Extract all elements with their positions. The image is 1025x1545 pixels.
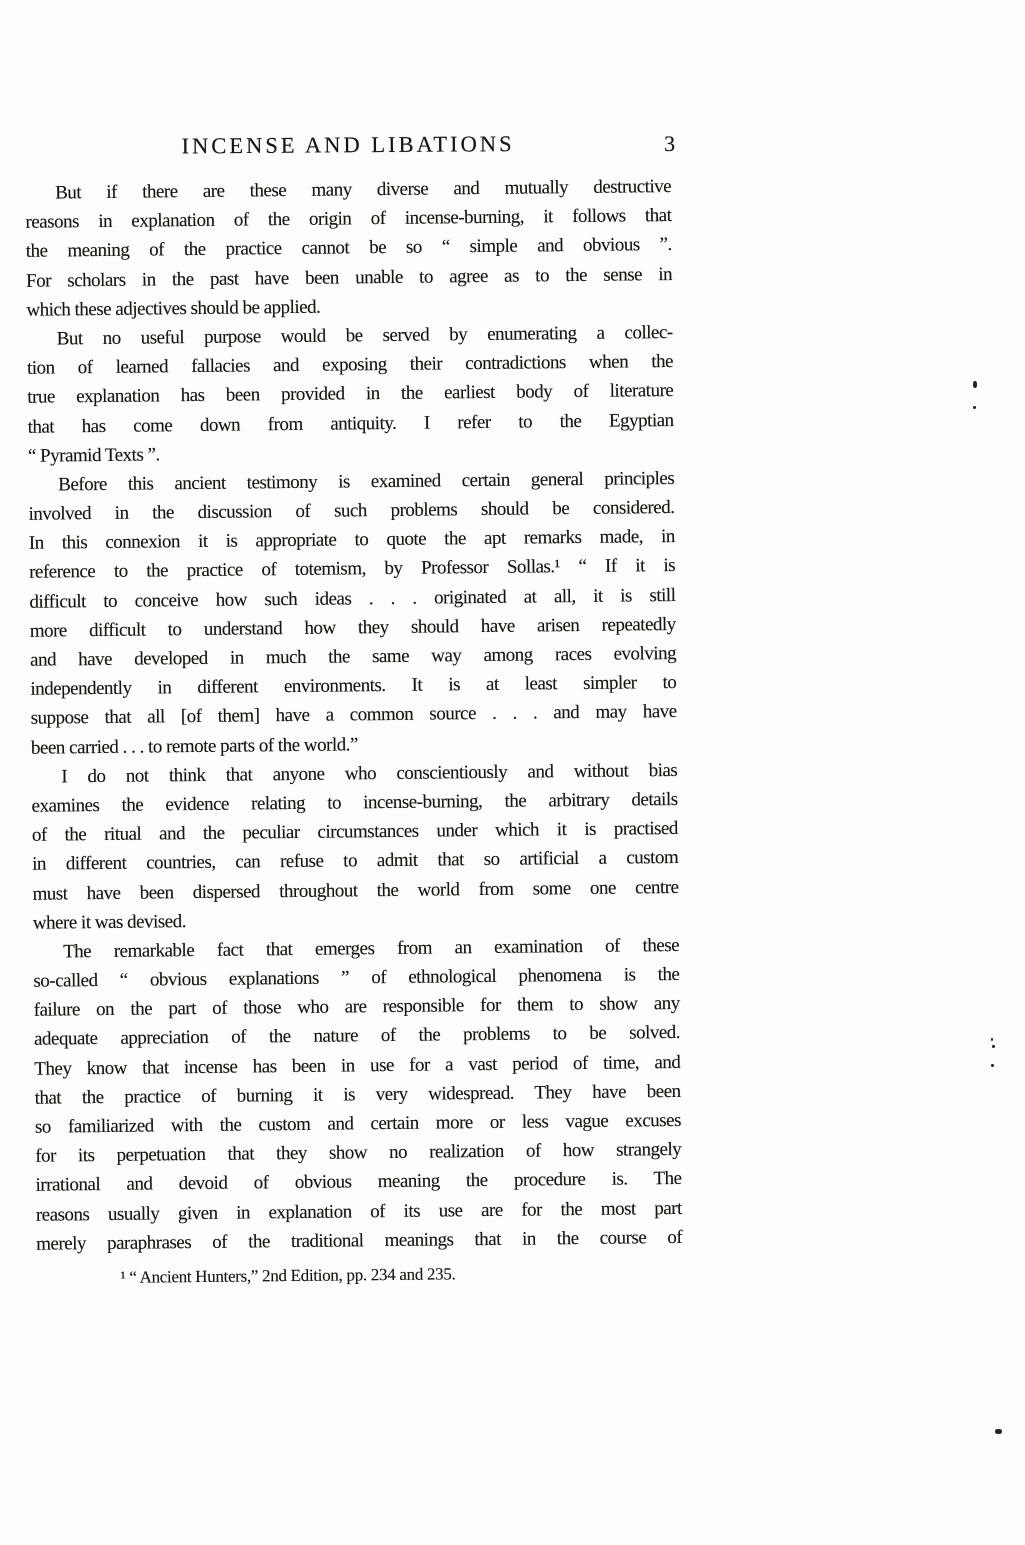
page-title: INCENSE AND LIBATIONS [25, 130, 671, 161]
footnote-text: ¹ “ Ancient Hunters,” 2nd Edition, pp. 2… [120, 1264, 455, 1287]
body-text: But if there are these many diverse and … [25, 172, 682, 1259]
scan-speck [991, 1038, 993, 1041]
page-header: INCENSE AND LIBATIONS 3 [25, 130, 671, 161]
scan-speck [992, 1045, 995, 1048]
footnote: ¹ “ Ancient Hunters,” 2nd Edition, pp. 2… [36, 1260, 682, 1291]
text-line: merely paraphrases of the traditional me… [36, 1223, 682, 1259]
book-page: INCENSE AND LIBATIONS 3 But if there are… [0, 0, 1025, 1545]
text-block: But if there are these many diverse and … [25, 172, 683, 1291]
scan-speck [991, 1064, 994, 1067]
scan-speck [995, 1429, 1002, 1434]
scan-speck [973, 406, 976, 409]
scan-speck [973, 381, 977, 388]
page-number: 3 [664, 131, 675, 157]
